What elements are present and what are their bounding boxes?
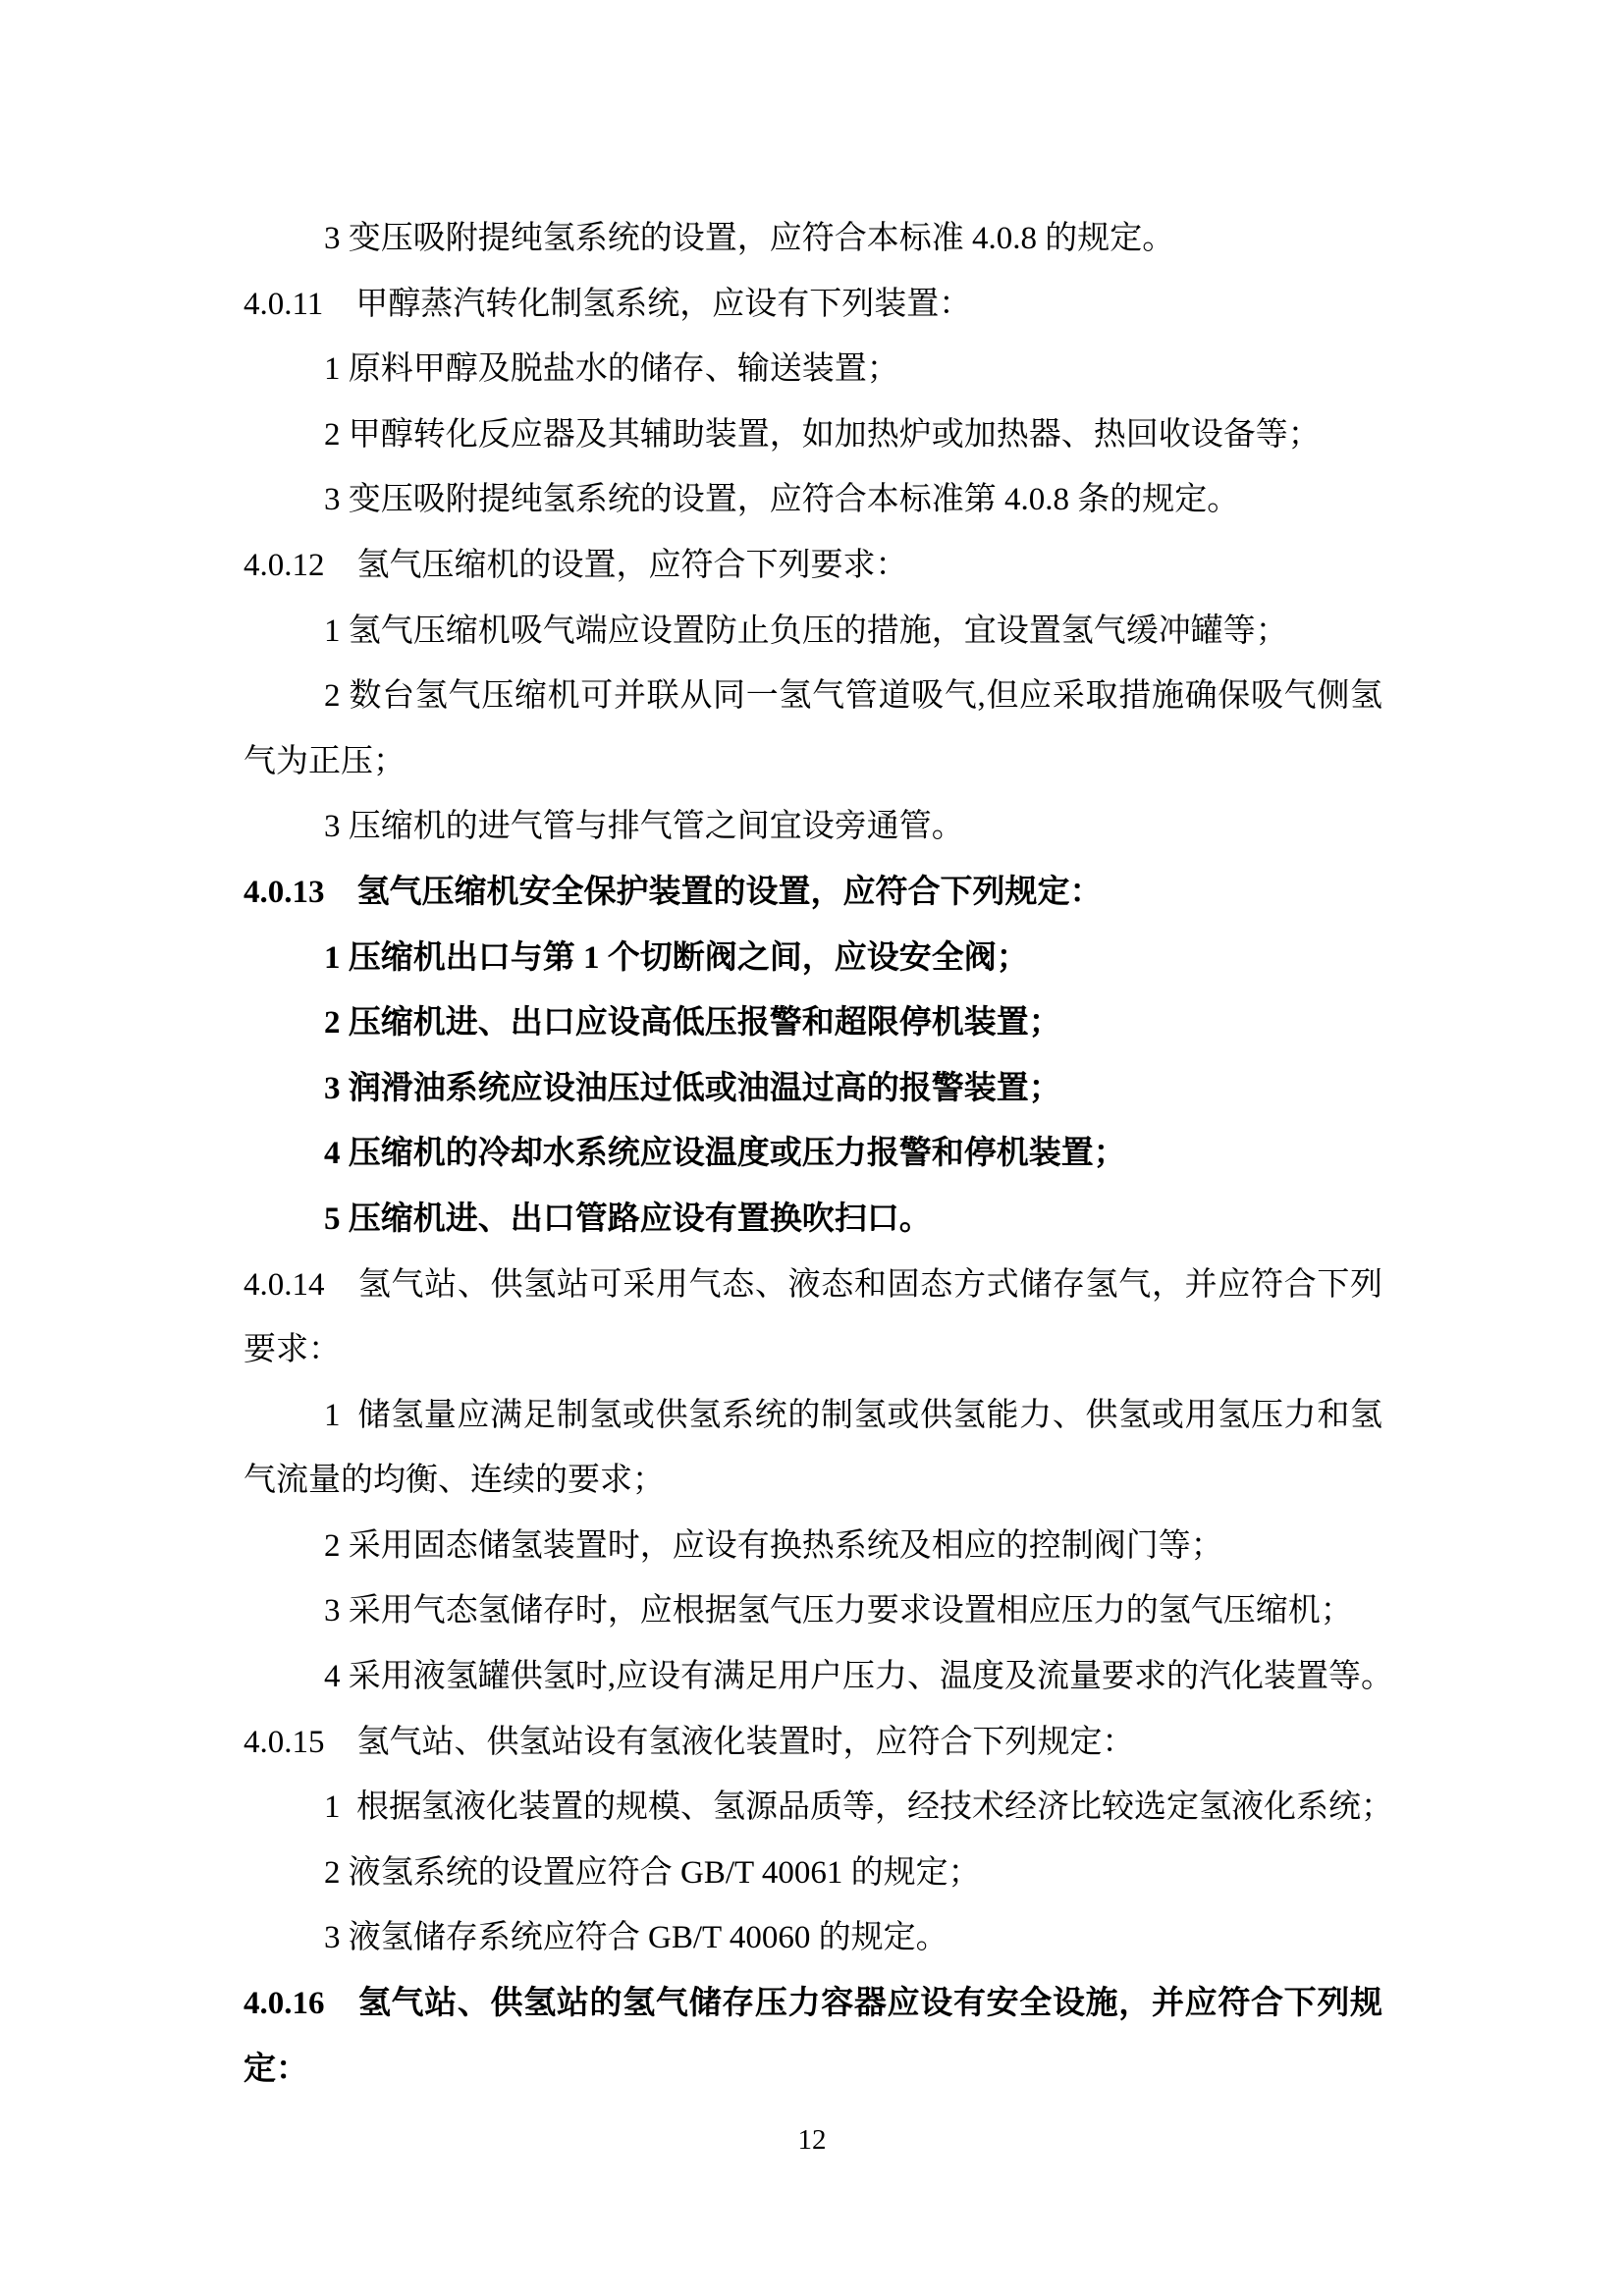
- list-item: 5 压缩机进、出口管路应设有置换吹扫口。: [244, 1187, 1382, 1253]
- list-item: 1 根据氢液化装置的规模、氢源品质等，经技术经济比较选定氢液化系统；: [244, 1775, 1382, 1841]
- page-body: 3 变压吸附提纯氢系统的设置，应符合本标准 4.0.8 的规定。4.0.11 甲…: [244, 206, 1382, 2102]
- list-item: 3 变压吸附提纯氢系统的设置，应符合本标准第 4.0.8 条的规定。: [244, 467, 1382, 533]
- clause-heading: 4.0.15 氢气站、供氢站设有氢液化装置时，应符合下列规定：: [244, 1710, 1382, 1776]
- page-number: 12: [0, 2122, 1624, 2158]
- continuation-line: 定：: [244, 2037, 1382, 2103]
- list-item: 2 数台氢气压缩机可并联从同一氢气管道吸气,但应采取措施确保吸气侧氢: [244, 664, 1382, 729]
- list-item: 1 储氢量应满足制氢或供氢系统的制氢或供氢能力、供氢或用氢压力和氢: [244, 1383, 1382, 1449]
- list-item: 3 润滑油系统应设油压过低或油温过高的报警装置；: [244, 1056, 1382, 1122]
- continuation-line: 要求：: [244, 1317, 1382, 1383]
- continuation-line: 气流量的均衡、连续的要求；: [244, 1448, 1382, 1514]
- list-item: 3 压缩机的进气管与排气管之间宜设旁通管。: [244, 794, 1382, 860]
- clause-heading: 4.0.14 氢气站、供氢站可采用气态、液态和固态方式储存氢气，并应符合下列: [244, 1253, 1382, 1318]
- list-item: 1 氢气压缩机吸气端应设置防止负压的措施，宜设置氢气缓冲罐等；: [244, 599, 1382, 665]
- clause-heading: 4.0.16 氢气站、供氢站的氢气储存压力容器应设有安全设施，并应符合下列规: [244, 1971, 1382, 2037]
- document-page: 3 变压吸附提纯氢系统的设置，应符合本标准 4.0.8 的规定。4.0.11 甲…: [0, 0, 1624, 2296]
- clause-heading: 4.0.11 甲醇蒸汽转化制氢系统，应设有下列装置：: [244, 272, 1382, 338]
- list-item: 4 压缩机的冷却水系统应设温度或压力报警和停机装置；: [244, 1121, 1382, 1187]
- list-item: 4 采用液氢罐供氢时,应设有满足用户压力、温度及流量要求的汽化装置等。: [244, 1644, 1382, 1710]
- list-item: 3 变压吸附提纯氢系统的设置，应符合本标准 4.0.8 的规定。: [244, 206, 1382, 272]
- continuation-line: 气为正压；: [244, 729, 1382, 795]
- clause-heading: 4.0.13 氢气压缩机安全保护装置的设置，应符合下列规定：: [244, 860, 1382, 926]
- list-item: 3 液氢储存系统应符合 GB/T 40060 的规定。: [244, 1905, 1382, 1971]
- list-item: 2 采用固态储氢装置时，应设有换热系统及相应的控制阀门等；: [244, 1514, 1382, 1579]
- clause-heading: 4.0.12 氢气压缩机的设置，应符合下列要求：: [244, 533, 1382, 599]
- list-item: 1 压缩机出口与第 1 个切断阀之间，应设安全阀；: [244, 926, 1382, 991]
- list-item: 2 压缩机进、出口应设高低压报警和超限停机装置；: [244, 990, 1382, 1056]
- list-item: 2 液氢系统的设置应符合 GB/T 40061 的规定；: [244, 1841, 1382, 1906]
- list-item: 3 采用气态氢储存时，应根据氢气压力要求设置相应压力的氢气压缩机；: [244, 1578, 1382, 1644]
- list-item: 2 甲醇转化反应器及其辅助装置，如加热炉或加热器、热回收设备等；: [244, 402, 1382, 468]
- list-item: 1 原料甲醇及脱盐水的储存、输送装置；: [244, 337, 1382, 402]
